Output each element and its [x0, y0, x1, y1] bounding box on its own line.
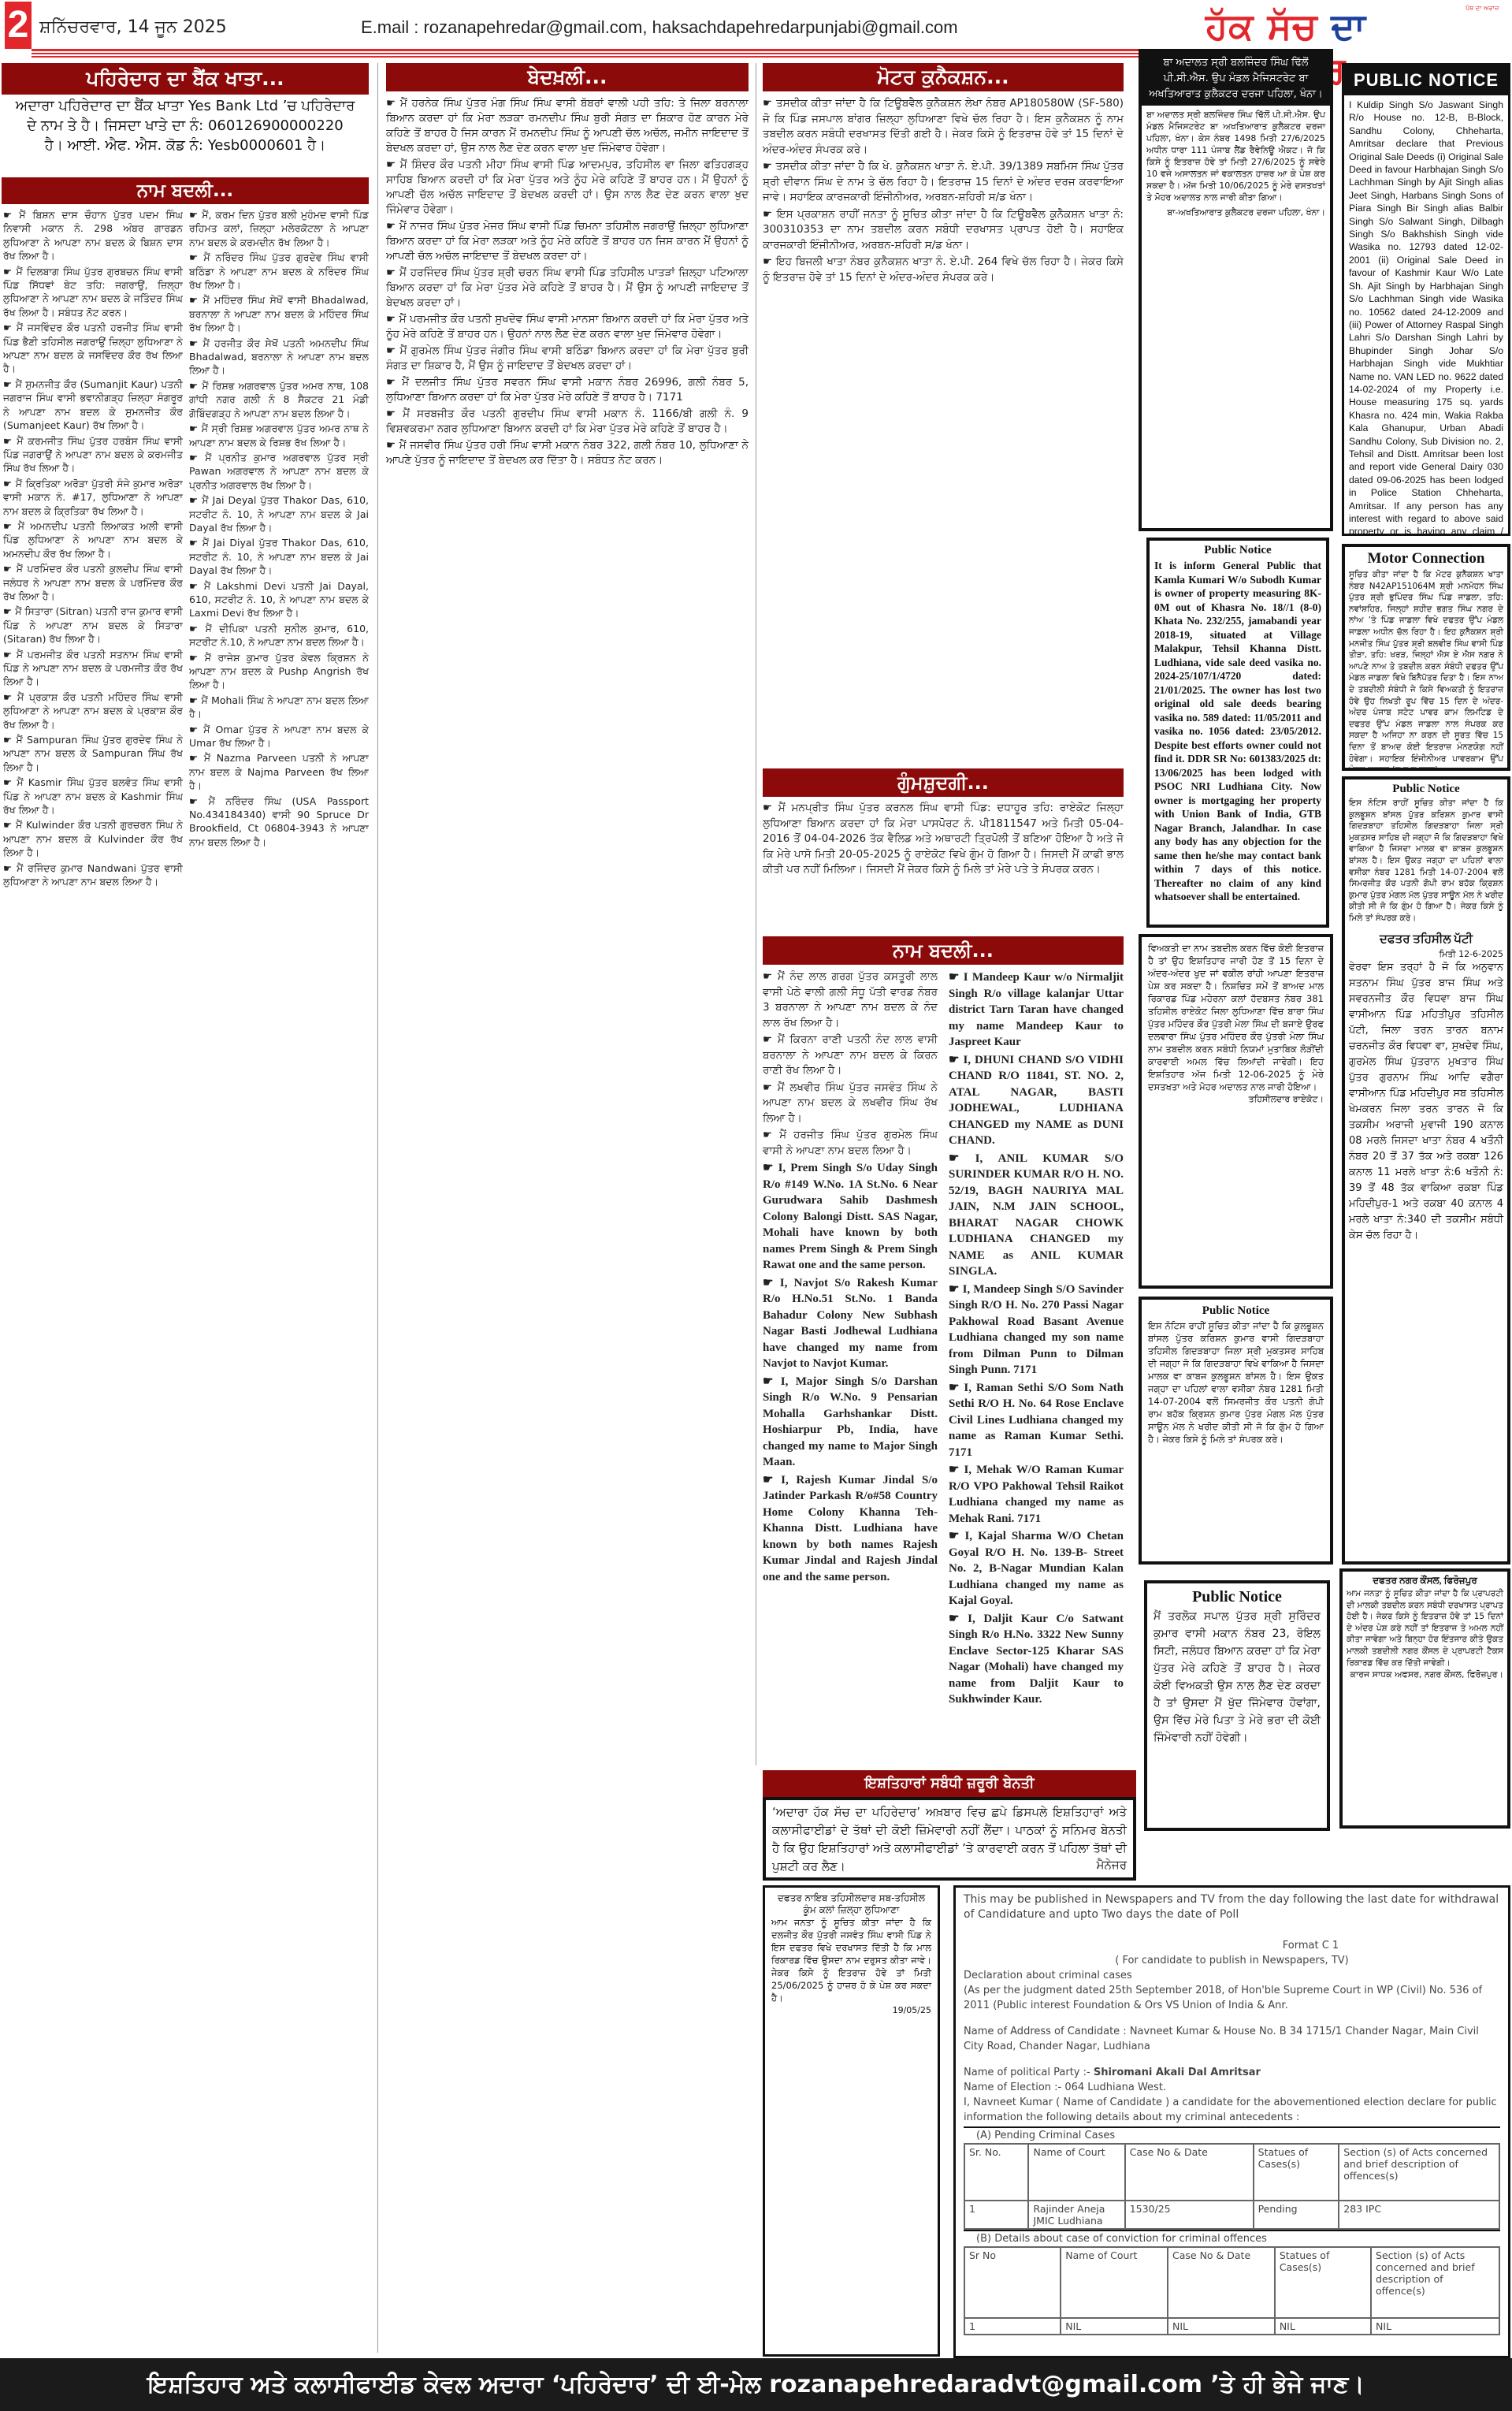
- public-notice-heading: Public Notice: [1349, 783, 1503, 796]
- foot-banner: ਇਸ਼ਤਿਹਾਰ ਅਤੇ ਕਲਾਸੀਫਾਈਡ ਕੇਵਲ ਅਦਾਰਾ ‘ਪਹਿਰੇ…: [0, 2358, 1512, 2411]
- table-cell: 1: [964, 2318, 1061, 2335]
- list-item: ਮੈਂ ਪਰਮਜੀਤ ਕੌਰ ਪਤਨੀ ਸੁਖਦੇਵ ਸਿੰਘ ਵਾਸੀ ਮਾਨ…: [386, 312, 749, 342]
- list-item: ਮੈਂ ਸ੍ਰੀ ਰਿਸ਼ਭ ਅਗਰਵਾਲ ਪੁੱਤਰ ਅਮਰ ਨਾਥ ਨੇ ਆ…: [189, 422, 369, 449]
- court-notice: ਬਾ ਅਦਾਲਤ ਸ੍ਰੀ ਬਲਜਿੰਦਰ ਸਿੰਘ ਢਿੱਲੋਂ ਪੀ.ਸੀ.…: [1139, 49, 1333, 531]
- conviction-cases-table: Sr No Name of Court Case No & Date Statu…: [964, 2246, 1500, 2335]
- pending-cases-table: Sr. No. Name of Court Case No & Date Sta…: [964, 2143, 1500, 2230]
- bank-details: ਅਦਾਰਾ ਪਹਿਰੇਦਾਰ ਦਾ ਬੈਂਕ ਖਾਤਾ Yes Bank Ltd…: [2, 96, 369, 155]
- list-item: ਮੈਂ Kulwinder ਕੌਰ ਪਤਨੀ ਗੁਰਚਰਨ ਸਿੰਘ ਨੇ ਆਪ…: [3, 818, 183, 859]
- tehsil-notice-title-2: ਕੂੰਮ ਕਲਾਂ ਜ਼ਿਲ੍ਹਾ ਲੁਧਿਆਣਾ: [771, 1904, 931, 1916]
- list-item: ਤਸਦੀਕ ਕੀਤਾ ਜਾਂਦਾ ਹੈ ਕਿ ਟਿਊਬਵੈਲ ਕੁਨੈਕਸ਼ਨ …: [763, 96, 1124, 158]
- list-item: ਮੈਂ ਕਿਰਨਾ ਰਾਣੀ ਪਤਨੀ ਨੰਦ ਲਾਲ ਵਾਸੀ ਬਰਨਾਲਾ …: [763, 1032, 938, 1079]
- election-name: Name of Election :- 064 Ludhiana West.: [964, 2080, 1500, 2095]
- public-notice-text: ਇਸ ਨੋਟਿਸ ਰਾਹੀਂ ਸੂਚਿਤ ਕੀਤਾ ਜਾਂਦਾ ਹੈ ਕਿ ਕੁ…: [1148, 1319, 1324, 1445]
- column-divider: [756, 63, 756, 1765]
- list-item: I Mandeep Kaur w/o Nirmaljit Singh R/o v…: [949, 969, 1124, 1051]
- table-b-title: (B) Details about case of conviction for…: [964, 2230, 1500, 2246]
- list-item: ਮੈਂ Lakshmi Devi ਪਤਨੀ Jai Dayal, 610, ਸਟ…: [189, 579, 369, 620]
- bank-line-2: ਦੇ ਨਾਮ ਤੇ ਹੈ। ਜਿਸਦਾ ਖਾਤੇ ਦਾ ਨੰ: 06012690…: [2, 116, 369, 136]
- court-notice-signature: ਬਾ-ਅਖਤਿਆਰਾਤ ਕੁਲੈਕਟਰ ਦਰਜਾ ਪਹਿਲਾ, ਖੰਨਾ।: [1142, 206, 1330, 218]
- public-notice-text: ਇਸ ਨੋਟਿਸ ਰਾਹੀਂ ਸੂਚਿਤ ਕੀਤਾ ਜਾਂਦਾ ਹੈ ਕਿ ਕੁ…: [1349, 798, 1503, 925]
- list-item: ਮੈਂ ਕ੍ਰਿਤਿਕਾ ਅਰੋੜਾ ਪੁੱਤਰੀ ਸੰਜੇ ਕੁਮਾਰ ਅਰੋ…: [3, 477, 183, 518]
- list-item: I, Mandeep Singh S/O Savinder Singh R/O …: [949, 1282, 1124, 1379]
- list-item: ਮੈਂ Omar ਪੁੱਤਰ ਨੇ ਆਪਣਾ ਨਾਮ ਬਦਲ ਕੇ Umar ਰ…: [189, 723, 369, 750]
- court-notice-title: ਬਾ ਅਦਾਲਤ ਸ੍ਰੀ ਬਲਜਿੰਦਰ ਸਿੰਘ ਢਿੱਲੋਂ ਪੀ.ਸੀ.…: [1142, 52, 1330, 106]
- candidate-address: Name of Address of Candidate : Navneet K…: [964, 2024, 1500, 2054]
- table-header: Section (s) of Acts concerned and brief …: [1371, 2247, 1499, 2318]
- list-item: ਮੈਂ ਅਮਨਦੀਪ ਪਤਨੀ ਲਿਆਕਤ ਅਲੀ ਵਾਸੀ ਪਿੰਡ ਲੁਧਿ…: [3, 519, 183, 560]
- candidate-declaration: I, Navneet Kumar ( Name of Candidate ) a…: [964, 2095, 1500, 2128]
- name-change-column-2: ਮੈਂ, ਕਰਮ ਦਿਨ ਪੁੱਤਰ ਬਲੀ ਮੁਹੰਮਦ ਵਾਸੀ ਪਿੰਡ …: [189, 208, 369, 2352]
- list-item: ਮੈਂ ਜਸਵੀਰ ਸਿੰਘ ਪੁੱਤਰ ਹਰੀ ਸਿੰਘ ਵਾਸੀ ਮਕਾਨ …: [386, 438, 749, 468]
- list-item: ਮੈਂ Nazma Parveen ਪਤਨੀ ਨੇ ਆਪਣਾ ਨਾਮ ਬਦਲ ਕ…: [189, 751, 369, 792]
- list-item: ਮੈਂ ਨਰਿੰਦਰ ਸਿੰਘ ਪੁੱਤਰ ਗੁਰਦੇਵ ਸਿੰਘ ਵਾਸੀ ਬ…: [189, 251, 369, 292]
- tehsildar-notice-signature: ਤਹਿਸੀਲਦਾਰ ਰਾਏਕੋਟ।: [1148, 1093, 1324, 1105]
- table-row: 1 NIL NIL NIL NIL: [964, 2318, 1499, 2335]
- list-item: ਮੈਂ ਨੰਦ ਲਾਲ ਗਰਗ ਪੁੱਤਰ ਕਸਤੂਰੀ ਲਾਲ ਵਾਸੀ ਪੇ…: [763, 969, 938, 1031]
- list-item: ਮੈਂ ਪ੍ਰਕਾਸ਼ ਕੌਰ ਪਤਨੀ ਮਹਿੰਦਰ ਸਿੰਘ ਵਾਸੀ ਲੁ…: [3, 690, 183, 731]
- public-notice-amritsar: PUBLIC NOTICE I Kuldip Singh S/o Jaswant…: [1342, 63, 1510, 536]
- public-notice-heading: Public Notice: [1154, 1588, 1321, 1606]
- list-item: ਮੈਂ Kasmir ਸਿੰਘ ਪੁੱਤਰ ਬਲਵੰਤ ਸਿੰਘ ਵਾਸੀ ਪਿ…: [3, 776, 183, 817]
- list-item: ਮੈਂ ਨਰਿੰਦਰ ਸਿੰਘ (USA Passport No.4341843…: [189, 794, 369, 850]
- table-header: Name of Court: [1061, 2247, 1168, 2318]
- lost-column: ਮੈਂ ਮਨਪ੍ਰੀਤ ਸਿੰਘ ਪੁੱਤਰ ਕਰਨਲ ਸਿੰਘ ਵਾਸੀ ਪਿ…: [763, 801, 1124, 935]
- list-item: ਮੈਂ ਸਿਤਾਰਾ (Sitran) ਪਤਨੀ ਰਾਜ ਕੁਮਾਰ ਵਾਸੀ …: [3, 605, 183, 646]
- table-cell: NIL: [1061, 2318, 1168, 2335]
- issue-date: ਸ਼ਨਿੱਚਰਵਾਰ, 14 ਜੂਨ 2025: [39, 17, 227, 37]
- table-header: Case No & Date: [1125, 2144, 1254, 2201]
- motor-connection-text: ਸੂਚਿਤ ਕੀਤਾ ਜਾਂਦਾ ਹੈ ਕਿ ਮੋਟਰ ਕੁਨੈਕਸ਼ਨ ਖਾਤ…: [1349, 569, 1503, 771]
- list-item: ਮੈਂ ਹਰਜੀਤ ਸਿੰਘ ਪੁੱਤਰ ਗੁਰਮੇਲ ਸਿੰਘ ਵਾਸੀ ਨੇ…: [763, 1128, 938, 1159]
- public-notice-text: ਮੈਂ ਤਰਲੋਕ ਸਪਾਲ ਪੁੱਤਰ ਸ਼੍ਰੀ ਸੁਰਿੰਦਰ ਕੁਮਾਰ…: [1154, 1608, 1321, 1747]
- list-item: ਮੈਂ ਬਿਸ਼ਨ ਦਾਸ ਚੌਹਾਨ ਪੁੱਤਰ ਪਦਮ ਸਿੰਘ ਨਿਵਾਸ…: [3, 208, 183, 263]
- motor-connection-heading: Motor Connection: [1349, 550, 1503, 567]
- masthead-rule-2: [32, 53, 1190, 54]
- party-name: Shiromani Akali Dal Amritsar: [1094, 2067, 1261, 2078]
- public-notice-text: It is inform General Public that Kamla K…: [1154, 559, 1321, 904]
- list-item: I, Mehak W/O Raman Kumar R/O VPO Pakhowa…: [949, 1462, 1124, 1527]
- table-header: Sr No: [964, 2247, 1061, 2318]
- tehsil-notice-date: 19/05/25: [771, 2004, 931, 2016]
- logo-text-2: ਦਾ: [1331, 5, 1366, 47]
- name-change-column-1: ਮੈਂ ਬਿਸ਼ਨ ਦਾਸ ਚੌਹਾਨ ਪੁੱਤਰ ਪਦਮ ਸਿੰਘ ਨਿਵਾਸ…: [3, 208, 183, 2352]
- list-item: ਮੈਂ ਨਾਜਰ ਸਿੰਘ ਪੁੱਤਰ ਮੇਜਰ ਸਿੰਘ ਵਾਸੀ ਪਿੰਡ …: [386, 219, 749, 264]
- election-decl-text: (As per the judgment dated 25th Septembe…: [964, 1983, 1500, 2013]
- list-item: ਮੈਂ ਰਿਸ਼ਭ ਅਗਰਵਾਲ ਪੁੱਤਰ ਅਮਰ ਨਾਥ, 108 ਗਾਂਧ…: [189, 379, 369, 420]
- list-item: ਮੈਂ Jai Diyal ਪੁੱਤਰ Thakor Das, 610, ਸਟਰ…: [189, 536, 369, 577]
- list-item: ਮੈਂ ਪ੍ਰਨੀਤ ਕੁਮਾਰ ਅਗਰਵਾਲ ਪੁੱਤਰ ਸ੍ਰੀ Pawan…: [189, 451, 369, 492]
- court-notice-2-heading: ਦਫਤਰ ਤਹਿਸੀਲ ਪੱਟੀ: [1349, 932, 1503, 947]
- table-cell: 1: [964, 2201, 1028, 2229]
- public-notice-small: Public Notice ਇਸ ਨੋਟਿਸ ਰਾਹੀਂ ਸੂਚਿਤ ਕੀਤਾ …: [1139, 1297, 1333, 1565]
- name-change-en-column: I Mandeep Kaur w/o Nirmaljit Singh R/o v…: [949, 969, 1124, 1758]
- list-item: ਤਸਦੀਕ ਕੀਤਾ ਜਾਂਦਾ ਹੈ ਕਿ ਖੇ. ਕੁਨੈਕਸ਼ਨ ਖਾਤਾ…: [763, 159, 1124, 206]
- public-notice-tarlok: Public Notice ਮੈਂ ਤਰਲੋਕ ਸਪਾਲ ਪੁੱਤਰ ਸ਼੍ਰੀ…: [1144, 1580, 1330, 1831]
- list-item: I, Major Singh S/o Darshan Singh R/o W.N…: [763, 1374, 938, 1471]
- table-cell: NIL: [1168, 2318, 1275, 2335]
- court-notice-2-date: ਮਿਤੀ 12-6-2025: [1349, 948, 1503, 960]
- masthead: 2 ਸ਼ਨਿੱਚਰਵਾਰ, 14 ਜੂਨ 2025 E.mail : rozan…: [0, 0, 1512, 49]
- name-change-heading: ਨਾਮ ਬਦਲੀ...: [2, 177, 369, 204]
- list-item: I, Kajal Sharma W/O Chetan Goyal R/O H. …: [949, 1528, 1124, 1609]
- table-cell: 1530/25: [1125, 2201, 1254, 2229]
- court-notice-text: ਬਾ ਅਦਾਲਤ ਸ੍ਰੀ ਬਲਜਿੰਦਰ ਸਿੰਘ ਢਿੱਲੋਂ ਪੀ.ਸੀ.…: [1142, 106, 1330, 206]
- public-notice-kamla: Public Notice It is inform General Publi…: [1146, 538, 1329, 928]
- list-item: I, Navjot S/o Rakesh Kumar R/o H.No.51 S…: [763, 1275, 938, 1372]
- municipal-notice-heading: ਦਫਤਰ ਨਗਰ ਕੌਂਸਲ, ਫਿਰੋਜ਼ਪੁਰ: [1347, 1575, 1503, 1587]
- bank-line-3: ਹੈ। ਆਈ. ਐਫ. ਐਸ. ਕੋਡ ਨੰ: Yesb0000601 ਹੈ।: [2, 136, 369, 155]
- list-item: ਮੈਂ ਮਨਪ੍ਰੀਤ ਸਿੰਘ ਪੁੱਤਰ ਕਰਨਲ ਸਿੰਘ ਵਾਸੀ ਪਿ…: [763, 801, 1124, 878]
- list-item: ਮੈਂ Jai Deyal ਪੁੱਤਰ Thakor Das, 610, ਸਟਰ…: [189, 493, 369, 534]
- logo-tagline: ਪੰਥ ਦਾ ਅਵਾਜ਼: [1466, 5, 1499, 13]
- list-item: ਮੈਂ ਦਿਲਬਾਗ ਸਿੰਘ ਪੁੱਤਰ ਗੁਰਬਚਨ ਸਿੰਘ ਵਾਸੀ ਪ…: [3, 265, 183, 320]
- list-item: ਮੈਂ ਪਰਮਜੀਤ ਕੌਰ ਪਤਨੀ ਸਤਨਾਮ ਸਿੰਘ ਵਾਸੀ ਪਿੰਡ…: [3, 648, 183, 689]
- logo-text-1: ਹੱਕ ਸੱਚ: [1206, 5, 1331, 47]
- masthead-rule-3: [32, 56, 1190, 58]
- table-cell: NIL: [1275, 2318, 1371, 2335]
- bank-heading: ਪਹਿਰੇਦਾਰ ਦਾ ਬੈਂਕ ਖਾਤਾ...: [2, 63, 369, 95]
- tehsil-notice-title-1: ਦਫਤਰ ਨਾਇਬ ਤਹਿਸੀਲਦਾਰ ਸਬ-ਤਹਿਸੀਲ: [771, 1892, 931, 1904]
- list-item: ਮੈਂ Mohali ਸਿੰਘ ਨੇ ਆਪਣਾ ਨਾਮ ਬਦਲ ਲਿਆ ਹੈ।: [189, 694, 369, 721]
- list-item: ਮੈਂ ਸੁਮਨਜੀਤ ਕੌਰ (Sumanjit Kaur) ਪਤਨੀ ਜਗਰ…: [3, 378, 183, 433]
- public-notice-heading: Public Notice: [1148, 1304, 1324, 1318]
- election-criminal-declaration: This may be published in Newspapers and …: [953, 1885, 1510, 2358]
- table-cell: Rajinder Aneja JMIC Ludhiana: [1028, 2201, 1124, 2229]
- tehsil-notice-text: ਆਮ ਜਨਤਾ ਨੂੰ ਸੂਚਿਤ ਕੀਤਾ ਜਾਂਦਾ ਹੈ ਕਿ ਦਲਜੀਤ…: [771, 1916, 931, 2004]
- disclaimer-box: ‘ਅਦਾਰਾ ਹੱਕ ਸੱਚ ਦਾ ਪਹਿਰੇਦਾਰ’ ਅਖ਼ਬਾਰ ਵਿਚ ਛ…: [763, 1797, 1136, 1881]
- list-item: ਇਸ ਪ੍ਰਕਾਸ਼ਨ ਰਾਹੀਂ ਜਨਤਾ ਨੂੰ ਸੂਚਿਤ ਕੀਤਾ ਜਾ…: [763, 207, 1124, 254]
- table-header: Case No & Date: [1168, 2247, 1275, 2318]
- list-item: ਮੈਂ ਜਸਵਿੰਦਰ ਕੌਰ ਪਤਨੀ ਹਰਜੀਤ ਸਿੰਘ ਵਾਸੀ ਪਿੰ…: [3, 321, 183, 376]
- municipal-notice-text: ਆਮ ਜਨਤਾ ਨੂੰ ਸੂਚਿਤ ਕੀਤਾ ਜਾਂਦਾ ਹੈ ਕਿ ਪ੍ਰਾਪ…: [1347, 1588, 1503, 1669]
- list-item: ਮੈਂ ਹਰਜੀਤ ਕੌਰ ਸੇਖੋਂ ਪਤਨੀ ਅਮਨਦੀਪ ਸਿੰਘ Bha…: [189, 337, 369, 378]
- table-header: Sr. No.: [964, 2144, 1028, 2201]
- table-a-title: (A) Pending Criminal Cases: [964, 2128, 1500, 2143]
- court-notice-2-text: ਵੇਰਵਾ ਇਸ ਤਰ੍ਹਾਂ ਹੈ ਜੋ ਕਿ ਅਨੁਵਾਨ ਸਤਨਾਮ ਸਿ…: [1349, 960, 1503, 1244]
- table-cell: NIL: [1371, 2318, 1499, 2335]
- name-change-heading-2: ਨਾਮ ਬਦਲੀ...: [763, 936, 1124, 965]
- party-label: Name of political Party :-: [964, 2067, 1094, 2078]
- list-item: ਮੈਂ ਕਰਮਜੀਤ ਸਿੰਘ ਪੁੱਤਰ ਹਰਬੰਸ ਸਿੰਘ ਵਾਸੀ ਪਿ…: [3, 434, 183, 475]
- public-notice-heading: PUBLIC NOTICE: [1344, 65, 1508, 95]
- motor-heading: ਮੋਟਰ ਕੁਨੈਕਸ਼ਨ...: [763, 63, 1124, 91]
- bank-line-1: ਅਦਾਰਾ ਪਹਿਰੇਦਾਰ ਦਾ ਬੈਂਕ ਖਾਤਾ Yes Bank Ltd…: [2, 96, 369, 116]
- eviction-heading: ਬੇਦਖ਼ਲੀ...: [386, 63, 749, 91]
- table-header: Statues of Cases(s): [1275, 2247, 1371, 2318]
- table-header-row: Sr No Name of Court Case No & Date Statu…: [964, 2247, 1499, 2318]
- list-item: ਮੈਂ ਦਲਜੀਤ ਸਿੰਘ ਪੁੱਤਰ ਸਵਰਨ ਸਿੰਘ ਵਾਸੀ ਮਕਾਨ…: [386, 375, 749, 405]
- list-item: ਮੈਂ, ਕਰਮ ਦਿਨ ਪੁੱਤਰ ਬਲੀ ਮੁਹੰਮਦ ਵਾਸੀ ਪਿੰਡ …: [189, 208, 369, 249]
- motor-connection-notice: Motor Connection ਸੂਚਿਤ ਕੀਤਾ ਜਾਂਦਾ ਹੈ ਕਿ …: [1342, 544, 1510, 771]
- municipal-notice: ਦਫਤਰ ਨਗਰ ਕੌਂਸਲ, ਫਿਰੋਜ਼ਪੁਰ ਆਮ ਜਨਤਾ ਨੂੰ ਸੂ…: [1339, 1568, 1510, 1829]
- table-header: Section (s) of Acts concerned and brief …: [1339, 2144, 1499, 2201]
- disclaimer-heading: ਇਸ਼ਤਿਹਾਰਾਂ ਸਬੰਧੀ ਜ਼ਰੂਰੀ ਬੇਨਤੀ: [763, 1770, 1136, 1797]
- table-cell: 283 IPC: [1339, 2201, 1499, 2229]
- list-item: ਮੈਂ ਗੁਰਮੇਲ ਸਿੰਘ ਪੁੱਤਰ ਜੰਗੀਰ ਸਿੰਘ ਵਾਸੀ ਬਠ…: [386, 344, 749, 374]
- eviction-column: ਮੈਂ ਹਰਨੇਕ ਸਿੰਘ ਪੁੱਤਰ ਮੰਗ ਸਿੰਘ ਸਿੰਘ ਵਾਸੀ …: [386, 96, 749, 2352]
- list-item: I, ANIL KUMAR S/O SURINDER KUMAR R/O H. …: [949, 1151, 1124, 1280]
- list-item: I, Daljit Kaur C/o Satwant Singh R/o H.N…: [949, 1611, 1124, 1708]
- list-item: I, DHUNI CHAND S/O VIDHI CHAND R/O 11841…: [949, 1052, 1124, 1149]
- public-notice-text: I Kuldip Singh S/o Jaswant Singh R/o Hou…: [1344, 95, 1508, 536]
- tehsil-notice: ਦਫਤਰ ਨਾਇਬ ਤਹਿਸੀਲਦਾਰ ਸਬ-ਤਹਿਸੀਲ ਕੂੰਮ ਕਲਾਂ …: [763, 1885, 940, 2357]
- list-item: I, Raman Sethi S/O Som Nath Sethi R/O H.…: [949, 1380, 1124, 1461]
- table-row: 1 Rajinder Aneja JMIC Ludhiana 1530/25 P…: [964, 2201, 1499, 2229]
- list-item: ਮੈਂ ਰਜਿੰਦਰ ਕੁਮਾਰ Nandwani ਪੁੱਤਰ ਵਾਸੀ ਲੁਧ…: [3, 861, 183, 889]
- list-item: I, Rajesh Kumar Jindal S/o Jatinder Park…: [763, 1472, 938, 1586]
- lost-heading: ਗੁੰਮਸ਼ੁਦਗੀ...: [763, 768, 1124, 797]
- motor-column: ਤਸਦੀਕ ਕੀਤਾ ਜਾਂਦਾ ਹੈ ਕਿ ਟਿਊਬਵੈਲ ਕੁਨੈਕਸ਼ਨ …: [763, 96, 1124, 766]
- public-notice-kulbhushan: Public Notice ਇਸ ਨੋਟਿਸ ਰਾਹੀਂ ਸੂਚਿਤ ਕੀਤਾ …: [1342, 776, 1510, 1565]
- list-item: ਮੈਂ ਮਹਿੰਦਰ ਸਿੰਘ ਸੇਖੋਂ ਵਾਸੀ Bhadalwad, ਬਰ…: [189, 293, 369, 334]
- list-item: ਇਹ ਬਿਜਲੀ ਖਾਤਾ ਨੰਬਰ ਕੁਨੈਕਸ਼ਨ ਖਾਤਾ ਨੰ. ਏ.ਪ…: [763, 255, 1124, 285]
- list-item: ਮੈਂ ਪਰਮਿੰਦਰ ਕੌਰ ਪਤਨੀ ਕੁਲਦੀਪ ਸਿੰਘ ਵਾਸੀ ਜਲ…: [3, 562, 183, 603]
- contact-email[interactable]: E.mail : rozanapehredar@gmail.com, haksa…: [361, 17, 958, 38]
- list-item: ਮੈਂ ਲਖਵੀਰ ਸਿੰਘ ਪੁੱਤਰ ਜਸਵੰਤ ਸਿੰਘ ਨੇ ਆਪਣਾ …: [763, 1081, 938, 1127]
- table-header: Name of Court: [1028, 2144, 1124, 2201]
- tehsildar-notice-text: ਵਿਅਕਤੀ ਦਾ ਨਾਮ ਤਬਦੀਲ ਕਰਨ ਵਿੱਚ ਕੋਈ ਇਤਰਾਜ਼ …: [1148, 942, 1324, 1093]
- list-item: ਮੈਂ ਦੀਪਿਕਾ ਪਤਨੀ ਸੁਨੀਲ ਕੁਮਾਰ, 610, ਸਟਰੀਟ …: [189, 622, 369, 649]
- list-item: I, Prem Singh S/o Uday Singh R/o #149 W.…: [763, 1160, 938, 1274]
- election-decl-title: Declaration about criminal cases: [964, 1968, 1500, 1983]
- page-number: 2: [5, 2, 32, 49]
- table-header: Statues of Cases(s): [1254, 2144, 1339, 2201]
- tehsildar-notice: ਵਿਅਕਤੀ ਦਾ ਨਾਮ ਤਬਦੀਲ ਕਰਨ ਵਿੱਚ ਕੋਈ ਇਤਰਾਜ਼ …: [1139, 934, 1333, 1289]
- name-change-pa-column: ਮੈਂ ਨੰਦ ਲਾਲ ਗਰਗ ਪੁੱਤਰ ਕਸਤੂਰੀ ਲਾਲ ਵਾਸੀ ਪੇ…: [763, 969, 938, 1758]
- column-divider: [377, 63, 378, 2353]
- list-item: ਮੈਂ ਹਰਜਿੰਦਰ ਸਿੰਘ ਪੁੱਤਰ ਸ਼੍ਰੀ ਚਰਨ ਸਿੰਘ ਵਾ…: [386, 266, 749, 311]
- table-header-row: Sr. No. Name of Court Case No & Date Sta…: [964, 2144, 1499, 2201]
- public-notice-heading: Public Notice: [1154, 544, 1321, 557]
- list-item: ਮੈਂ ਰਾਜੇਸ਼ ਕੁਮਾਰ ਪੁੱਤਰ ਕੇਵਲ ਕ੍ਰਿਸ਼ਨ ਨੇ ਆ…: [189, 651, 369, 692]
- election-format: Format C 1: [964, 1938, 1500, 1953]
- election-subtitle: ( For candidate to publish in Newspapers…: [964, 1953, 1500, 1968]
- list-item: ਮੈਂ ਸ਼ਿੰਦਰ ਕੌਰ ਪਤਨੀ ਮੀਹਾ ਸਿੰਘ ਵਾਸੀ ਪਿੰਡ …: [386, 158, 749, 218]
- list-item: ਮੈਂ Sampuran ਸਿੰਘ ਪੁੱਤਰ ਗੁਰਦੇਵ ਸਿੰਘ ਨੇ ਆ…: [3, 733, 183, 774]
- municipal-notice-signature: ਕਾਰਜ ਸਾਧਕ ਅਫਸਰ, ਨਗਰ ਕੌਂਸਲ, ਫਿਰੋਜ਼ਪੁਰ।: [1347, 1669, 1503, 1680]
- masthead-rule: [32, 49, 1190, 51]
- table-cell: Pending: [1254, 2201, 1339, 2229]
- election-intro: This may be published in Newspapers and …: [964, 1892, 1500, 1922]
- list-item: ਮੈਂ ਹਰਨੇਕ ਸਿੰਘ ਪੁੱਤਰ ਮੰਗ ਸਿੰਘ ਸਿੰਘ ਵਾਸੀ …: [386, 96, 749, 156]
- list-item: ਮੈਂ ਸਰਬਜੀਤ ਕੌਰ ਪਤਨੀ ਗੁਰਦੀਪ ਸਿੰਘ ਵਾਸੀ ਮਕਾ…: [386, 407, 749, 437]
